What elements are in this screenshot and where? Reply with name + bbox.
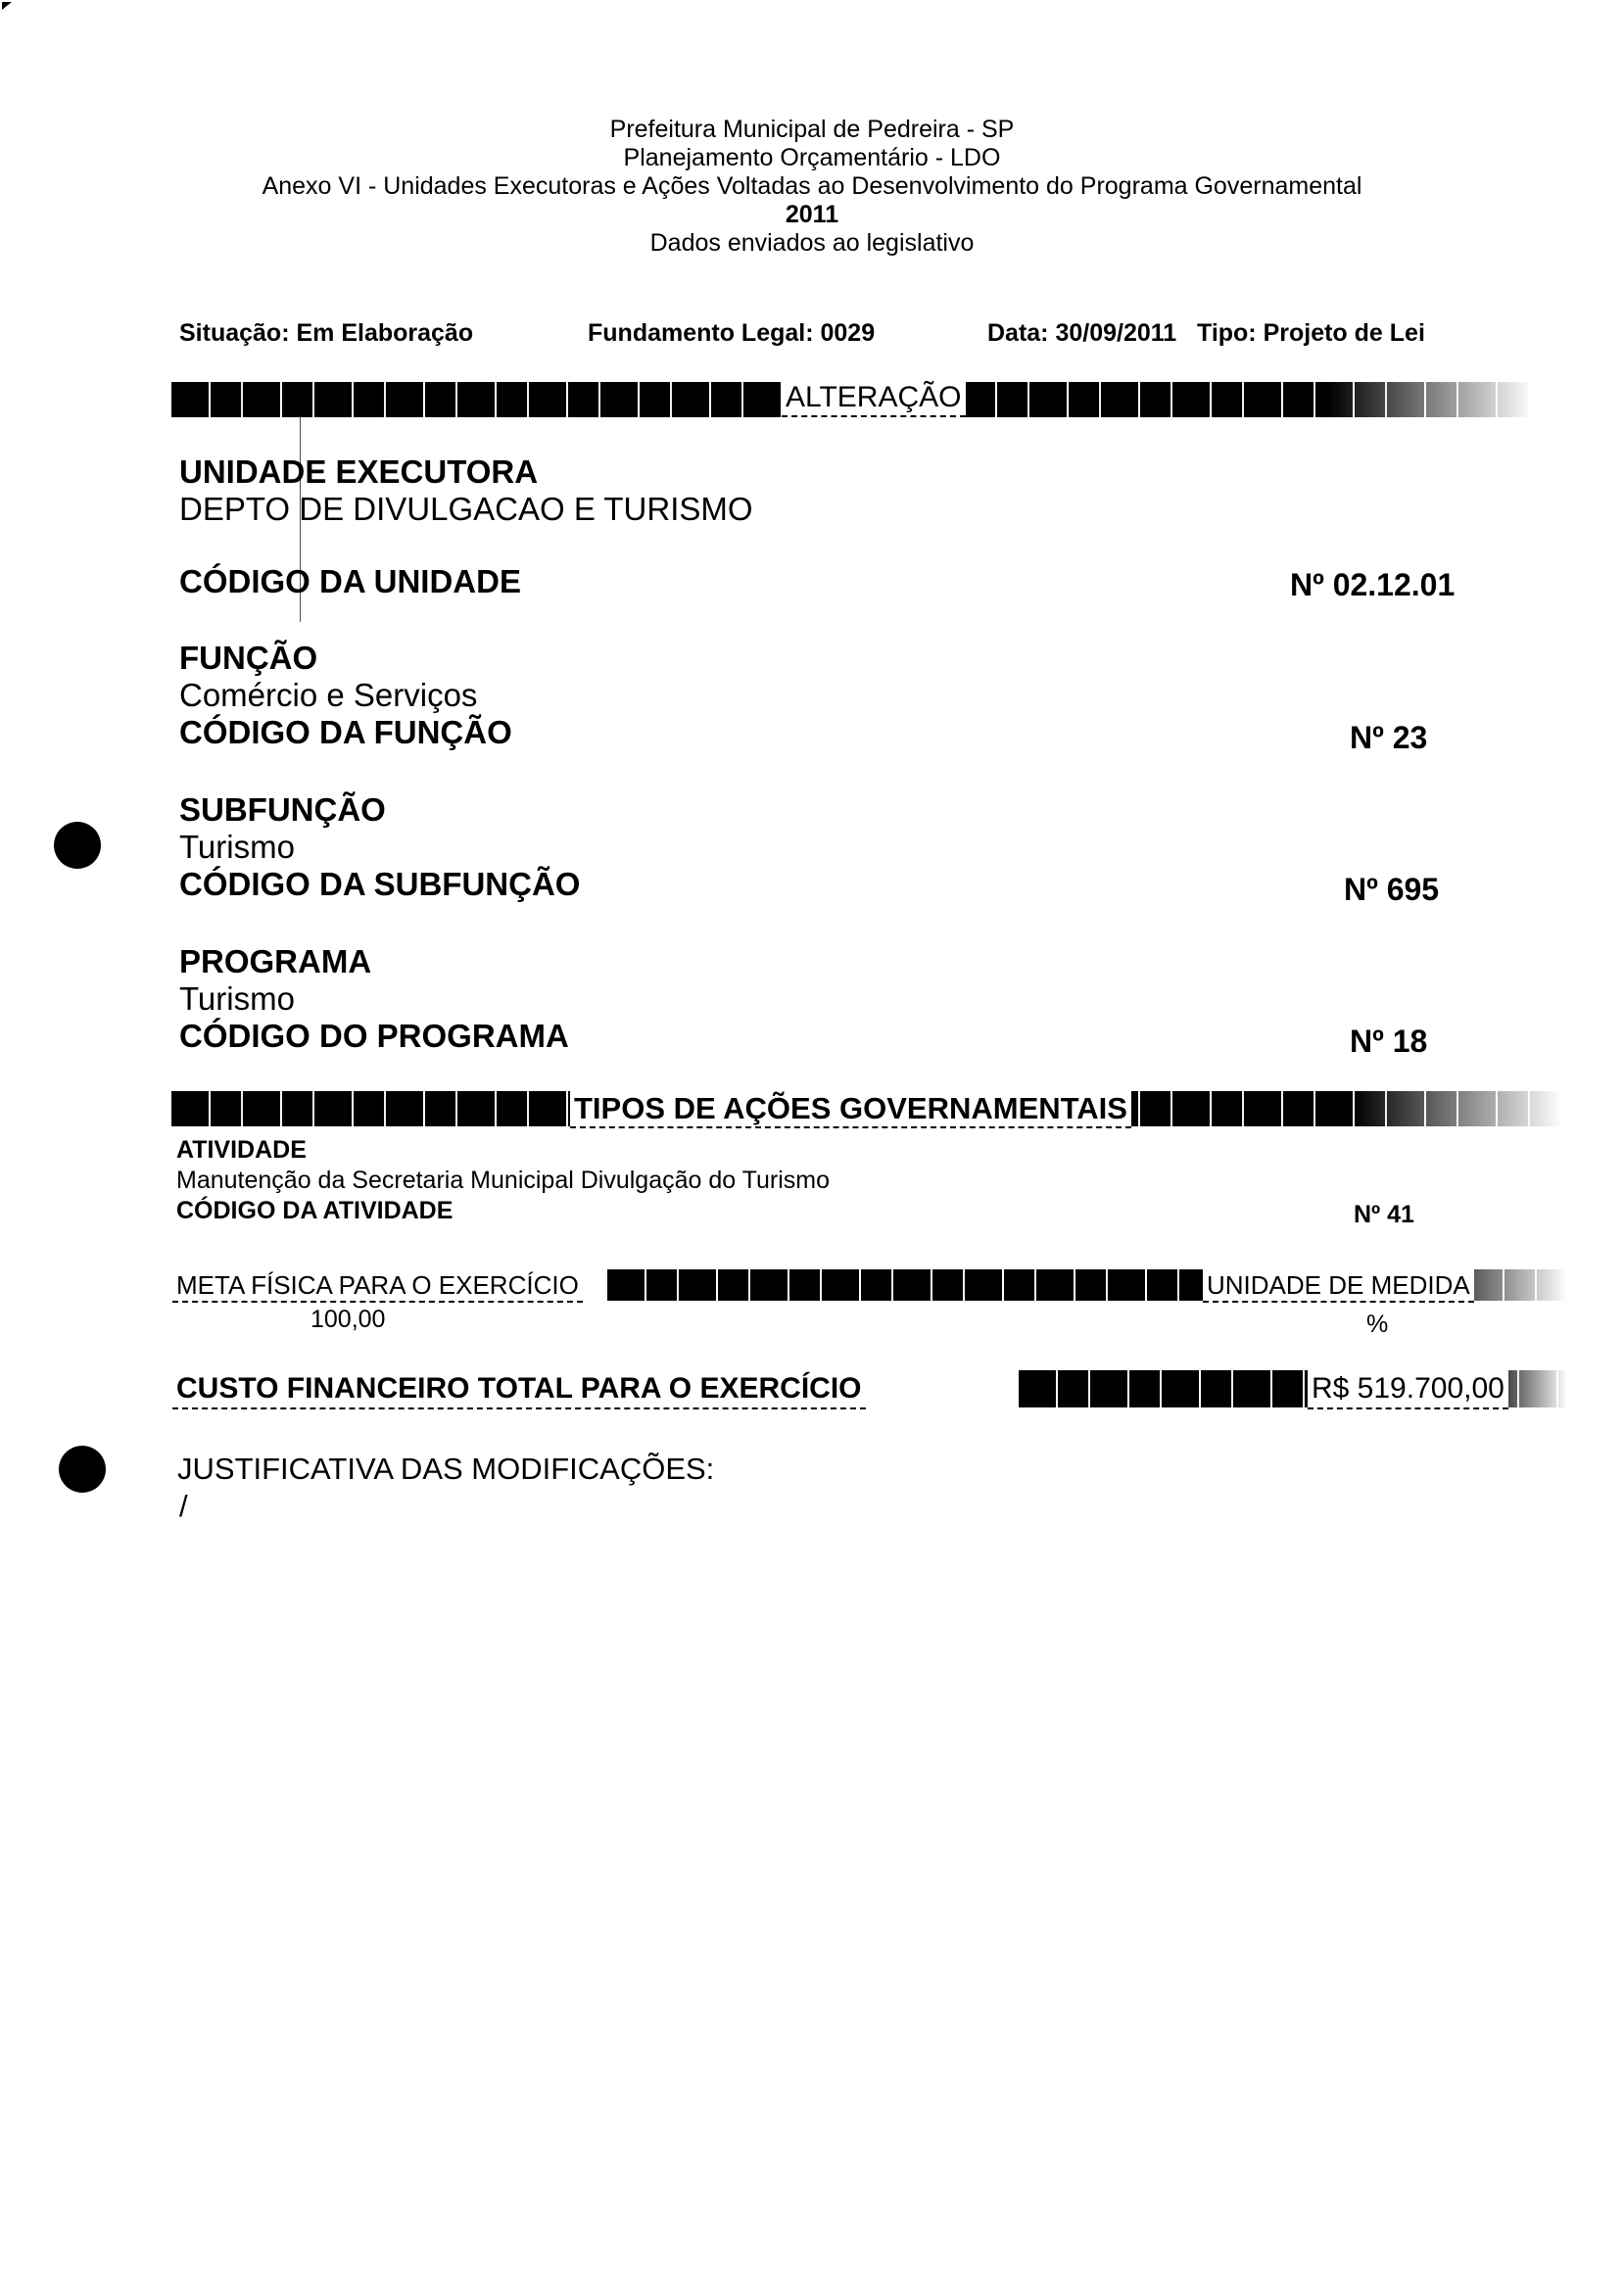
scan-corner-mark	[2, 2, 12, 10]
codigo-unidade-label: CÓDIGO DA UNIDADE	[179, 563, 521, 600]
section-title-alteracao: ALTERAÇÃO	[782, 380, 966, 417]
situacao: Situação: Em Elaboração	[179, 319, 473, 348]
unidade-label: UNIDADE EXECUTORA	[179, 453, 538, 491]
subfuncao-label: SUBFUNÇÃO	[179, 791, 386, 829]
codigo-subfuncao-value: Nº 695	[1344, 872, 1439, 908]
header-year: 2011	[0, 201, 1624, 229]
fundamento-legal: Fundamento Legal: 0029	[588, 319, 875, 348]
section-title-tipos: TIPOS DE AÇÕES GOVERNAMENTAIS	[570, 1091, 1131, 1128]
unidade-medida-value: %	[1366, 1311, 1388, 1339]
header-planning: Planejamento Orçamentário - LDO	[0, 144, 1624, 172]
punch-hole-bottom	[59, 1446, 106, 1493]
funcao-label: FUNÇÃO	[179, 640, 317, 677]
meta-fisica-value: 100,00	[310, 1306, 385, 1334]
codigo-atividade-label: CÓDIGO DA ATIVIDADE	[176, 1197, 453, 1225]
tipo: Tipo: Projeto de Lei	[1197, 319, 1425, 348]
meta-fisica-label: META FÍSICA PARA O EXERCÍCIO	[172, 1269, 583, 1303]
codigo-programa-value: Nº 18	[1350, 1024, 1427, 1060]
codigo-unidade-value: Nº 02.12.01	[1290, 567, 1455, 603]
header-municipality: Prefeitura Municipal de Pedreira - SP	[0, 116, 1624, 144]
funcao-value: Comércio e Serviços	[179, 677, 477, 714]
codigo-atividade-value: Nº 41	[1354, 1201, 1414, 1229]
codigo-funcao-label: CÓDIGO DA FUNÇÃO	[179, 714, 512, 751]
programa-value: Turismo	[179, 980, 295, 1018]
subfuncao-value: Turismo	[179, 829, 295, 866]
justificativa-value: /	[179, 1489, 188, 1524]
justificativa-label: JUSTIFICATIVA DAS MODIFICAÇÕES:	[177, 1452, 714, 1487]
programa-label: PROGRAMA	[179, 943, 371, 980]
header-status-note: Dados enviados ao legislativo	[0, 229, 1624, 258]
unidade-medida-label: UNIDADE DE MEDIDA	[1203, 1269, 1474, 1303]
punch-hole-top	[54, 822, 101, 869]
atividade-label: ATIVIDADE	[176, 1136, 307, 1165]
atividade-value: Manutenção da Secretaria Municipal Divul…	[176, 1167, 830, 1195]
custo-value: R$ 519.700,00	[1308, 1370, 1508, 1409]
codigo-programa-label: CÓDIGO DO PROGRAMA	[179, 1018, 569, 1055]
codigo-funcao-value: Nº 23	[1350, 720, 1427, 756]
codigo-subfuncao-label: CÓDIGO DA SUBFUNÇÃO	[179, 866, 580, 903]
custo-label: CUSTO FINANCEIRO TOTAL PARA O EXERCÍCIO	[172, 1370, 866, 1409]
header-annex: Anexo VI - Unidades Executoras e Ações V…	[0, 172, 1624, 201]
unidade-value: DEPTO DE DIVULGACAO E TURISMO	[179, 491, 753, 528]
data: Data: 30/09/2011	[987, 319, 1176, 348]
